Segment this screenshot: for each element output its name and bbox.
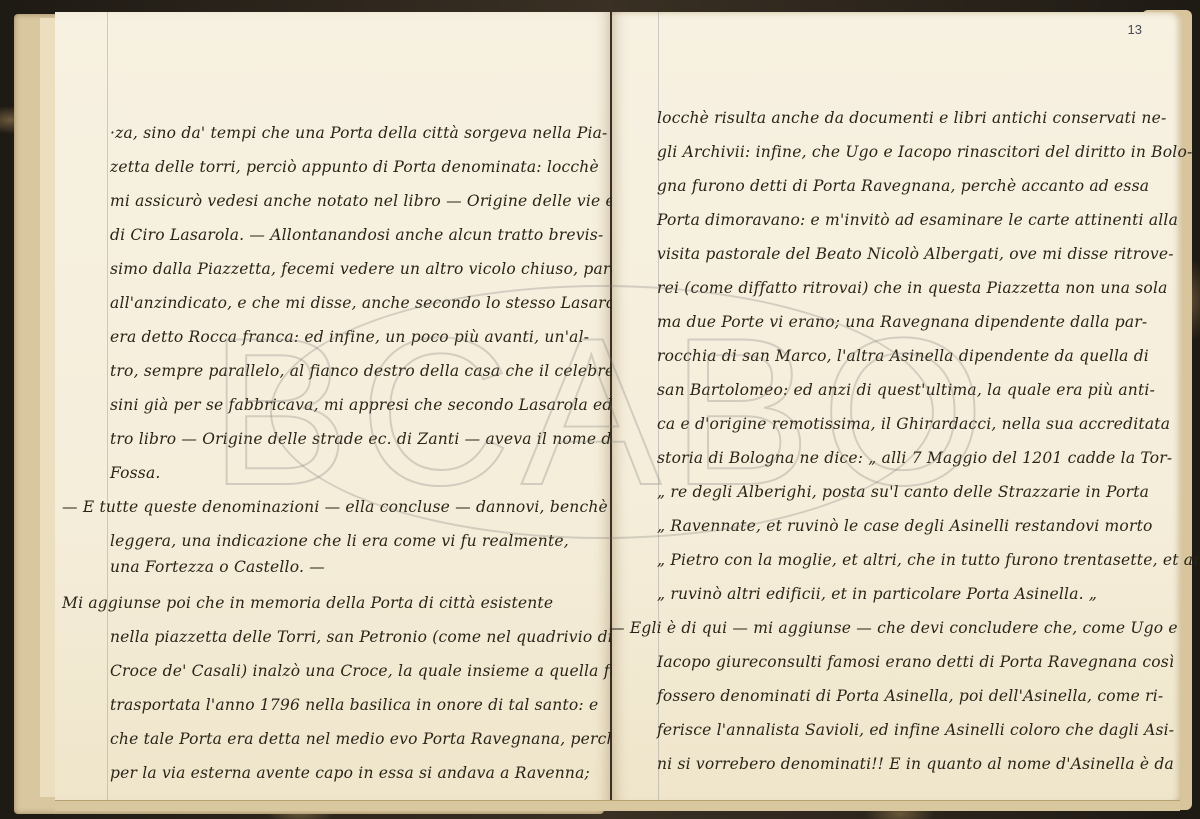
manuscript-line: Iacopo giureconsulti famosi erano detti …: [657, 653, 1174, 671]
manuscript-line: zetta delle torri, perciò appunto di Por…: [110, 158, 599, 176]
manuscript-line: gna furono detti di Porta Ravegnana, per…: [657, 177, 1149, 195]
page-stack-bottom-edge: [55, 800, 1180, 811]
manuscript-line: all'anzindicato, e che mi disse, anche s…: [110, 294, 630, 312]
manuscript-line: storia di Bologna ne dice: „ alli 7 Magg…: [657, 449, 1172, 467]
manuscript-line: ferisce l'annalista Savioli, ed infine A…: [657, 721, 1174, 739]
right-page: 13 locchè risulta anche da documenti e l…: [612, 12, 1182, 805]
manuscript-line: ·za, sino da' tempi che una Porta della …: [110, 124, 608, 142]
manuscript-line: simo dalla Piazzetta, fecemi vedere un a…: [110, 260, 654, 278]
manuscript-line: mi assicurò vedesi anche notato nel libr…: [110, 192, 629, 210]
manuscript-line: una Fortezza o Castello. —: [110, 558, 325, 576]
manuscript-line: tro libro — Origine delle strade ec. di …: [110, 430, 617, 448]
manuscript-line: — Egli è di qui — mi aggiunse — che devi…: [609, 619, 1178, 637]
manuscript-line: di Ciro Lasarola. — Allontanandosi anche…: [110, 226, 603, 244]
manuscript-line: fossero denominati di Porta Asinella, po…: [657, 687, 1163, 705]
manuscript-line: era detto Rocca franca: ed infine, un po…: [110, 328, 589, 346]
manuscript-line: tro, sempre parallelo, al fianco destro …: [110, 362, 655, 380]
manuscript-line: rocchia di san Marco, l'altra Asinella d…: [657, 347, 1149, 365]
manuscript-line: Croce de' Casali) inalzò una Croce, la q…: [110, 662, 620, 680]
manuscript-line: „ Ravennate, et ruvinò le case degli Asi…: [657, 517, 1153, 535]
manuscript-line: per la via esterna avente capo in essa s…: [110, 764, 590, 782]
manuscript-line: locchè risulta anche da documenti e libr…: [657, 109, 1166, 127]
manuscript-line: visita pastorale del Beato Nicolò Alberg…: [657, 245, 1174, 263]
manuscript-line: gli Archivii: infine, che Ugo e Iacopo r…: [657, 143, 1192, 161]
manuscript-line: „ re degli Alberighi, posta su'l canto d…: [657, 483, 1149, 501]
manuscript-line: leggera, una indicazione che li era come…: [110, 532, 569, 550]
manuscript-line: ma due Porte vi erano; una Ravegnana dip…: [657, 313, 1147, 331]
manuscript-line: trasportata l'anno 1796 nella basilica i…: [110, 696, 598, 714]
manuscript-line: Mi aggiunse poi che in memoria della Por…: [62, 594, 553, 612]
left-page: ·za, sino da' tempi che una Porta della …: [55, 12, 610, 805]
manuscript-line: Porta dimoravano: e m'invitò ad esaminar…: [657, 211, 1178, 229]
manuscript-line: „ Pietro con la moglie, et altri, che in…: [657, 551, 1200, 569]
manuscript-line: ni si vorrebero denominati!! E in quanto…: [657, 755, 1174, 773]
manuscript-line: nella piazzetta delle Torri, san Petroni…: [110, 628, 613, 646]
manuscript-line: — E tutte queste denominazioni — ella co…: [62, 498, 608, 516]
manuscript-line: Fossa.: [110, 464, 161, 482]
margin-line: [107, 12, 108, 805]
page-number: 13: [1128, 22, 1142, 37]
manuscript-line: che tale Porta era detta nel medio evo P…: [110, 730, 626, 748]
manuscript-line: sini già per se fabbricava, mi appresi c…: [110, 396, 638, 414]
manuscript-line: rei (come diffatto ritrovai) che in ques…: [657, 279, 1168, 297]
manuscript-line: san Bartolomeo: ed anzi di quest'ultima,…: [657, 381, 1155, 399]
manuscript-line: ca e d'origine remotissima, il Ghirardac…: [657, 415, 1170, 433]
manuscript-line: „ ruvinò altri edificii, et in particola…: [657, 585, 1097, 603]
